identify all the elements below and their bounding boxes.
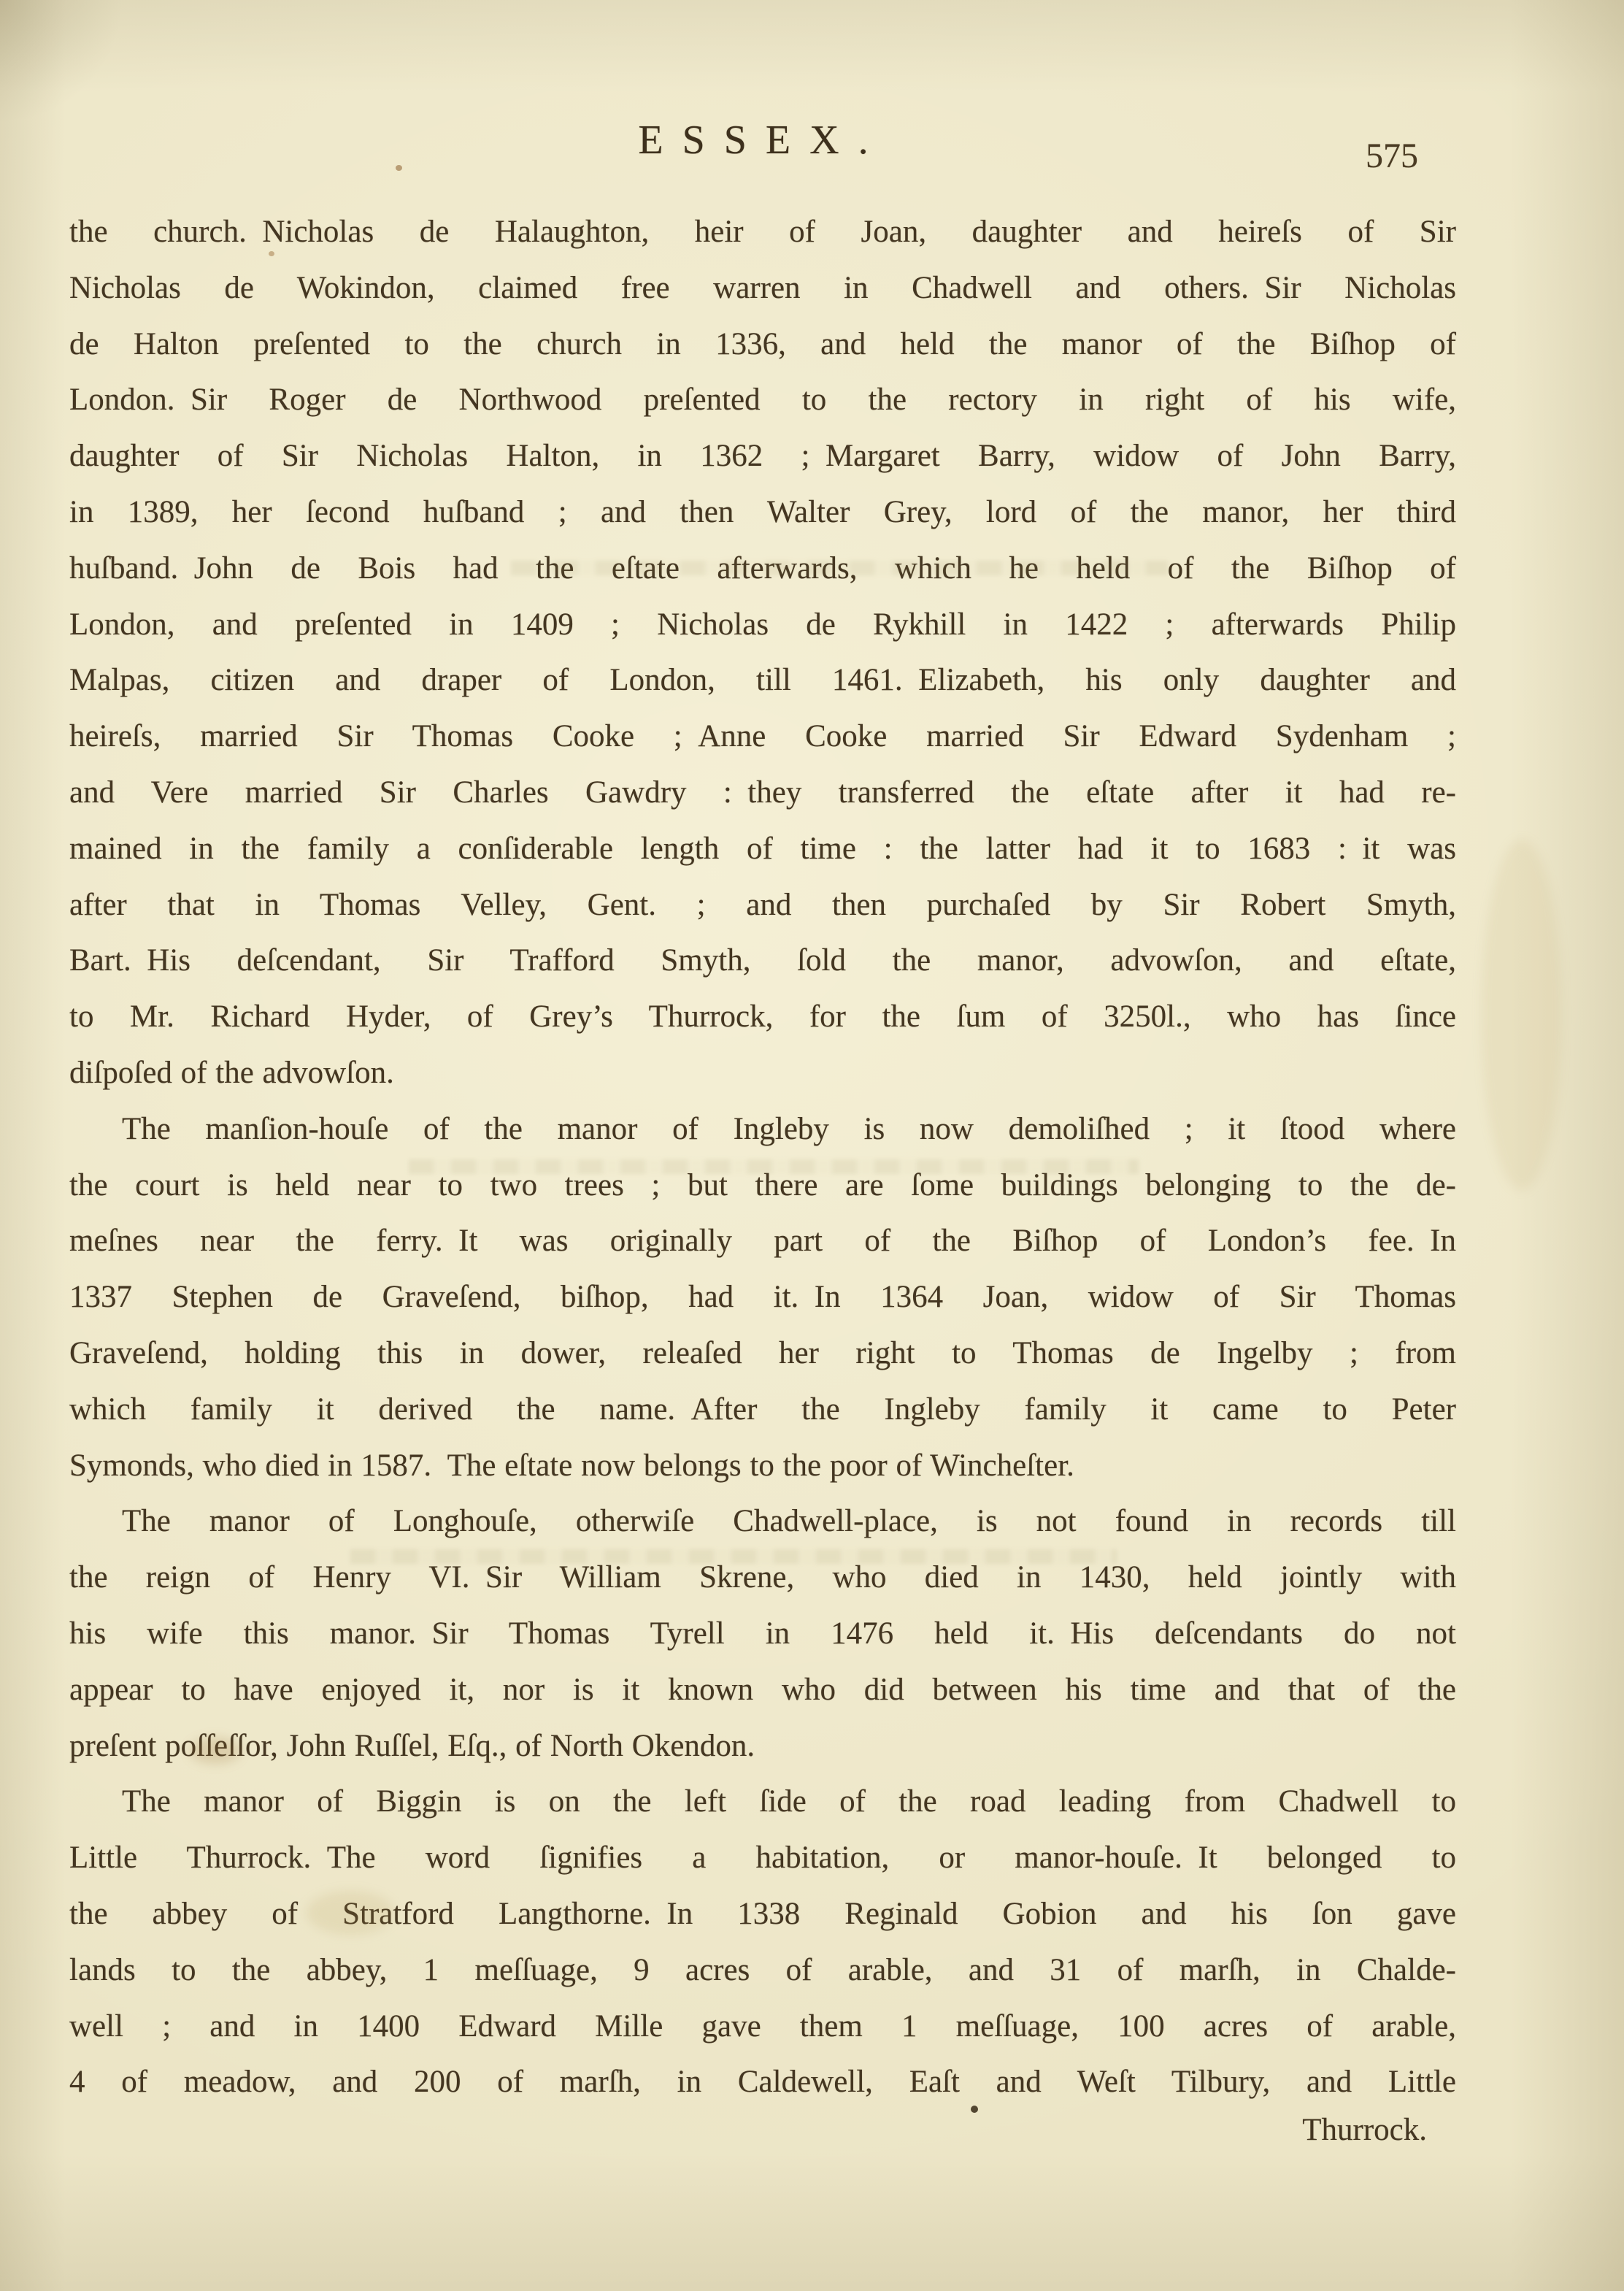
text-line: in 1389, her ſecond huſband ; and then W… xyxy=(69,485,1456,541)
paper-stain xyxy=(307,1891,394,1935)
text-line: The manor of Biggin is on the left ſide … xyxy=(69,1774,1456,1830)
paper-stain xyxy=(190,1738,241,1764)
text-line: Nicholas de Wokindon, claimed free warre… xyxy=(69,261,1456,317)
text-line: Malpas, citizen and draper of London, ti… xyxy=(69,653,1456,709)
text-line: well ; and in 1400 Edward Mille gave the… xyxy=(69,1999,1456,2055)
text-line: Little Thurrock. The word ſignifies a ha… xyxy=(69,1830,1456,1887)
ink-speck xyxy=(269,251,274,256)
ink-bleedthrough xyxy=(409,1159,1139,1174)
text-line: which family it derived the name. After … xyxy=(69,1382,1456,1438)
ink-bleedthrough xyxy=(350,1549,1117,1564)
ink-speck xyxy=(396,165,402,171)
text-line: to Mr. Richard Hyder, of Grey’s Thurrock… xyxy=(69,989,1456,1045)
text-line: 4 of meadow, and 200 of marſh, in Caldew… xyxy=(69,2054,1456,2111)
text-line: London, and preſented in 1409 ; Nicholas… xyxy=(69,597,1456,653)
text-line: his wife this manor. Sir Thomas Tyrell i… xyxy=(69,1606,1456,1662)
text-line: meſnes near the ferry. It was originally… xyxy=(69,1213,1456,1270)
text-line: the church. Nicholas de Halaughton, heir… xyxy=(69,204,1456,261)
page-number: 575 xyxy=(1366,136,1418,176)
running-head: ESSEX. xyxy=(69,117,1456,164)
text-line: appear to have enjoyed it, nor is it kno… xyxy=(69,1662,1456,1719)
text-line: daughter of Sir Nicholas Halton, in 1362… xyxy=(69,429,1456,485)
text-line: Bart. His deſcendant, Sir Trafford Smyth… xyxy=(69,933,1456,989)
text-line: Graveſend, holding this in dower, releaſ… xyxy=(69,1326,1456,1382)
page-title: ESSEX. xyxy=(638,118,887,163)
text-line: London. Sir Roger de Northwood preſented… xyxy=(69,372,1456,429)
page-body: the church. Nicholas de Halaughton, heir… xyxy=(69,204,1456,2111)
text-line: The manſion-houſe of the manor of Ingleb… xyxy=(69,1102,1456,1158)
text-line: lands to the abbey, 1 meſſuage, 9 acres … xyxy=(69,1943,1456,1999)
text-line: de Halton preſented to the church in 133… xyxy=(69,317,1456,373)
text-line: heireſs, married Sir Thomas Cooke ; Anne… xyxy=(69,709,1456,765)
ink-speck xyxy=(971,2106,978,2113)
paper-stain xyxy=(1482,840,1562,1190)
text-line: 1337 Stephen de Graveſend, biſhop, had i… xyxy=(69,1270,1456,1326)
text-line: and Vere married Sir Charles Gawdry : th… xyxy=(69,765,1456,821)
catchword: Thurrock. xyxy=(69,2112,1427,2148)
book-page-scan: ESSEX. 575 the church. Nicholas de Halau… xyxy=(0,0,1624,2291)
text-line: the abbey of Stratford Langthorne. In 13… xyxy=(69,1887,1456,1943)
text-line: after that in Thomas Velley, Gent. ; and… xyxy=(69,878,1456,934)
text-line: diſpoſed of the advowſon. xyxy=(69,1045,1456,1102)
text-line: preſent poſſeſſor, John Ruſſel, Eſq., of… xyxy=(69,1719,1456,1775)
text-line: mained in the family a conſiderable leng… xyxy=(69,821,1456,878)
text-line: Symonds, who died in 1587. The eſtate no… xyxy=(69,1438,1456,1494)
text-line: The manor of Longhouſe, otherwiſe Chadwe… xyxy=(69,1494,1456,1550)
ink-bleedthrough xyxy=(511,561,1168,575)
